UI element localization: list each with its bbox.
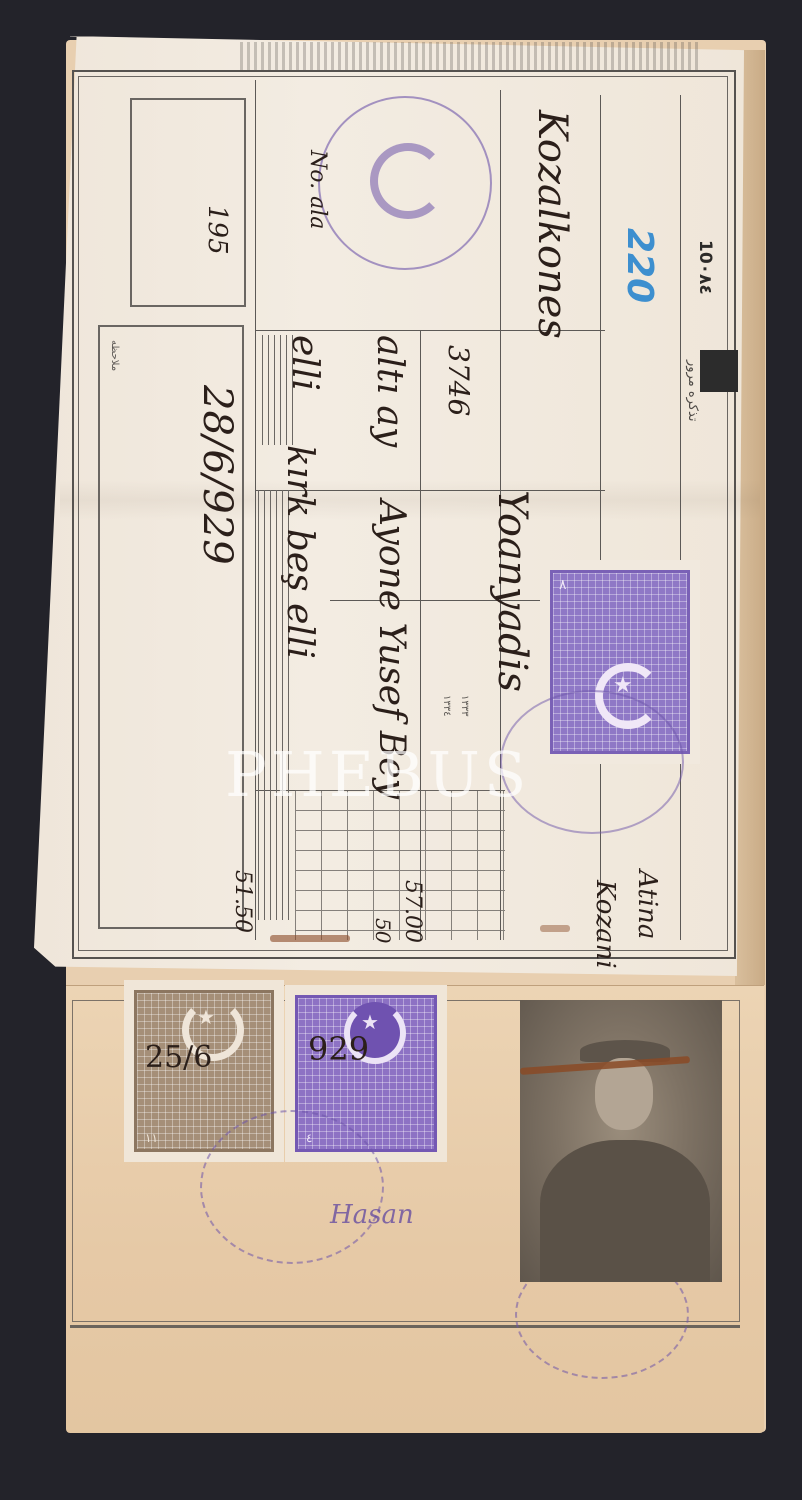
column-line bbox=[680, 95, 681, 940]
handwritten-amount-2: 51.50 bbox=[230, 870, 255, 933]
rust-stain bbox=[540, 925, 570, 932]
stamp-cancel-date: 25/6 bbox=[145, 1040, 212, 1075]
signature: Hasan bbox=[330, 1200, 414, 1230]
stamp-denomination: ١١ bbox=[145, 1131, 158, 1145]
handwritten-fee-words-2: kırk beş elli bbox=[279, 445, 320, 659]
official-seal-lower bbox=[200, 1110, 384, 1264]
handwritten-header-note: No. ala bbox=[305, 150, 330, 229]
ornamental-header-strip bbox=[240, 42, 700, 70]
rust-stain bbox=[270, 935, 350, 942]
star-icon: ★ bbox=[197, 1005, 215, 1029]
handwritten-duration: altı ay bbox=[369, 335, 410, 447]
printed-date-1: ١٣٣٣ bbox=[459, 695, 470, 716]
handwritten-place-from: Atina bbox=[632, 870, 662, 939]
stamp-cancel-year: 929 bbox=[308, 1030, 369, 1068]
bearer-photograph bbox=[520, 1000, 722, 1282]
handwritten-name-2: Yoanyadis bbox=[489, 490, 535, 692]
name-text-2: Yoanyadis bbox=[489, 490, 535, 692]
handwritten-date: 28/6/929 bbox=[194, 385, 240, 565]
printed-title-script: ﺗﺬﻛﺮﻩ ﻣﺮﻭﺭ bbox=[685, 360, 700, 421]
handwritten-name: Kozalkones bbox=[529, 110, 575, 339]
printed-serial: 10٠٨٤ bbox=[695, 240, 715, 295]
handwritten-amount-1: 57.00 bbox=[400, 880, 425, 943]
small-number-box bbox=[130, 98, 246, 307]
column-line bbox=[255, 80, 256, 940]
handwritten-amount-1b: 50 bbox=[371, 918, 395, 943]
official-seal-top bbox=[318, 96, 492, 270]
handwritten-box-number: 195 bbox=[202, 205, 232, 255]
stamp-denomination: ٨ bbox=[559, 577, 567, 593]
crescent-icon bbox=[370, 143, 446, 219]
handwritten-serial-blue: 220 bbox=[619, 228, 660, 303]
overcoat bbox=[540, 1140, 710, 1282]
printed-note-script: ﻣﻼﺣﻈﻪ bbox=[109, 340, 120, 371]
printed-date-2: ١٣٣٤ bbox=[441, 695, 452, 716]
handwritten-number: 3746 bbox=[442, 345, 475, 416]
handwritten-place-to: Kozani bbox=[590, 880, 620, 969]
watermark: PHEBUS bbox=[225, 738, 530, 811]
handwritten-fee-words: elli bbox=[284, 335, 325, 391]
index-tab-mark bbox=[700, 350, 738, 392]
name-text: Kozalkones bbox=[529, 110, 575, 339]
